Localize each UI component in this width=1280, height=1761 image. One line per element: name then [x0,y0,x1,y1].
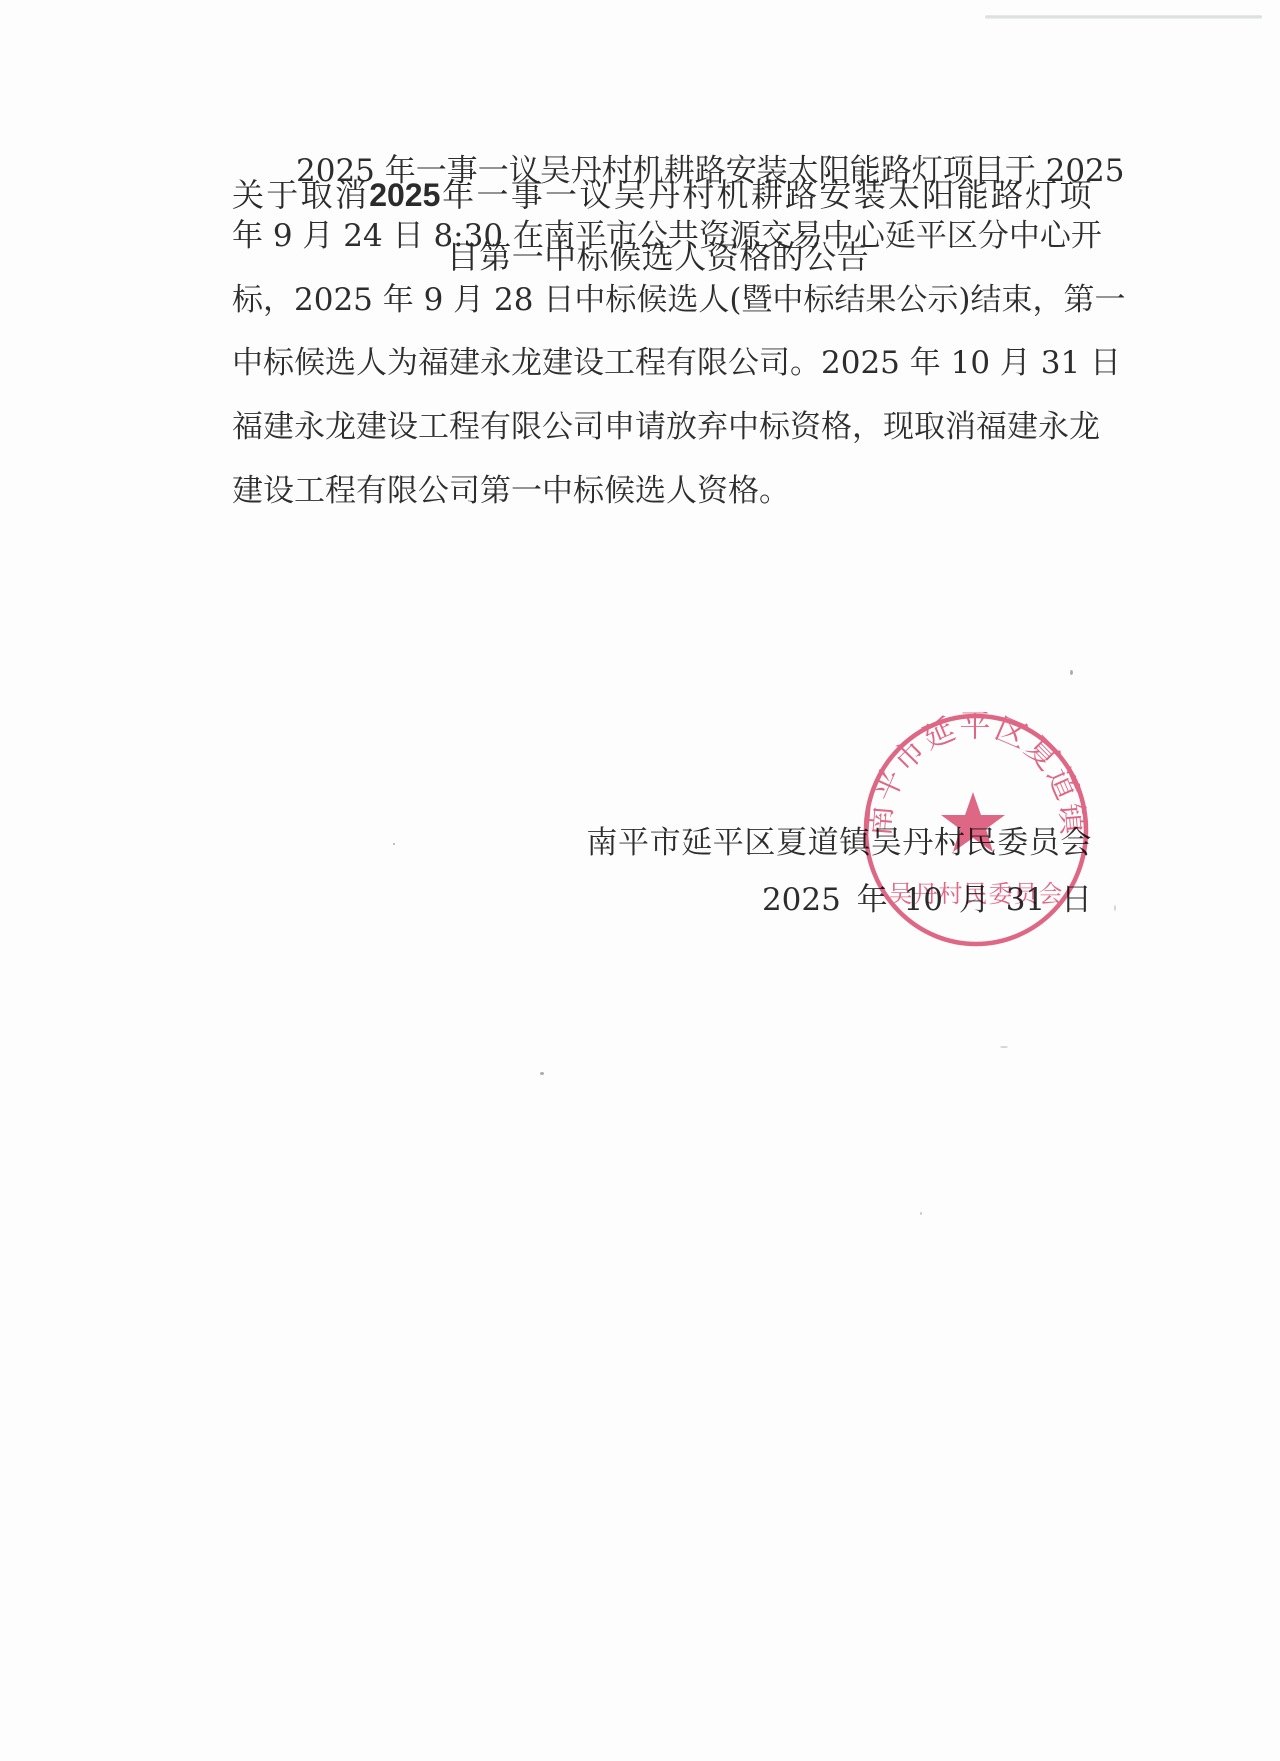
seal-bottom-text: 吴丹村民委员会 [889,880,1064,908]
body-line-6: 建设工程有限公司第一中标候选人资格。 [232,469,1092,513]
scan-speck [1114,905,1116,911]
scan-speck [920,1212,922,1215]
body-line-2: 年 9 月 24 日 8:30 在南平市公共资源交易中心延平区分中心开 [232,214,1092,258]
body-line-4: 中标候选人为福建永龙建设工程有限公司。2025 年 10 月 31 日 [232,341,1092,385]
body-line-5: 福建永龙建设工程有限公司申请放弃中标资格，现取消福建永龙 [232,405,1092,449]
scan-edge-artifact [985,15,1262,19]
scan-speck [540,1072,544,1075]
body-line-1: 2025 年一事一议吴丹村机耕路安装太阳能路灯项目于 2025 [296,149,1092,193]
scan-speck [1000,1046,1008,1048]
scan-speck [1070,670,1073,675]
star-icon [941,792,1005,852]
body-line-3: 标，2025 年 9 月 28 日中标候选人(暨中标结果公示)结束，第一 [232,278,1092,322]
scan-speck [393,843,395,845]
official-seal: 南平市延平区夏道镇 吴丹村民委员会 [862,712,1090,948]
